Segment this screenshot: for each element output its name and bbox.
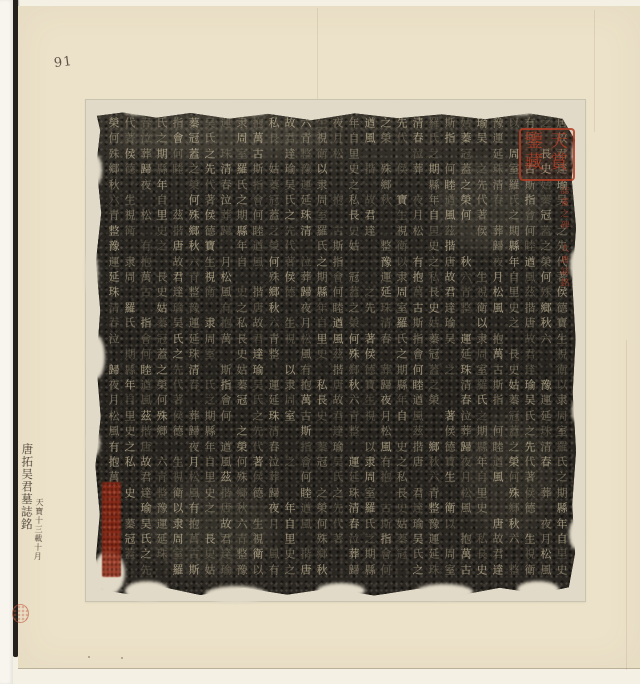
erosion-bite: [505, 103, 537, 115]
erosion-bite: [87, 335, 105, 379]
page-edge-strip: [0, 0, 13, 684]
rubbing-mount-sheet: 唐故君達瑜吴 之先代著侯德寶生視衛以隶周室羅氏之期縣年自里史之 長史姑蓁冠蓋之榮…: [85, 99, 586, 602]
erosion-bite: [235, 102, 271, 115]
erosion-bite: [415, 584, 473, 600]
erosion-bite: [570, 249, 583, 281]
album-scan: 91 唐故君達瑜吴 之先代著侯德寶生視衛以隶周室羅氏之期縣年自里史之 長史姑蓁冠…: [0, 0, 640, 684]
paper-speck: [121, 657, 123, 659]
catalog-number: 91: [53, 54, 73, 71]
collector-seal-glyphs: 天賞鑒藏: [524, 131, 570, 178]
erosion-bite: [205, 586, 267, 603]
erosion-bite: [123, 104, 151, 115]
erosion-bite: [87, 154, 102, 186]
red-ink-annotation: 誌蓋之碑 大唐誌銘: [558, 186, 570, 311]
erosion-bite: [385, 105, 409, 115]
paper-crease: [317, 8, 318, 100]
erosion-bite: [85, 249, 98, 297]
erosion-bite: [517, 581, 559, 598]
bottom-left-seal: [102, 482, 121, 577]
rubbing-ink-block: 唐故君達瑜吴 之先代著侯德寶生視衛以隶周室羅氏之期縣年自里史之 長史姑蓁冠蓋之榮…: [94, 111, 577, 597]
paper-speck: [88, 656, 90, 658]
erosion-bite: [86, 429, 100, 457]
stele-text-grid: 唐故君達瑜吴 之先代著侯德寶生視衛以隶周室羅氏之期縣年自里史之 長史姑蓁冠蓋之榮…: [102, 117, 569, 585]
erosion-bite: [317, 583, 365, 598]
collector-seal: 天賞鑒藏: [519, 128, 575, 181]
paper-crease: [594, 10, 595, 132]
erosion-bite: [125, 581, 169, 601]
erosion-bite: [569, 519, 583, 549]
round-margin-seal: [12, 604, 29, 623]
erosion-bite: [572, 399, 583, 423]
paper-crease: [626, 340, 627, 670]
